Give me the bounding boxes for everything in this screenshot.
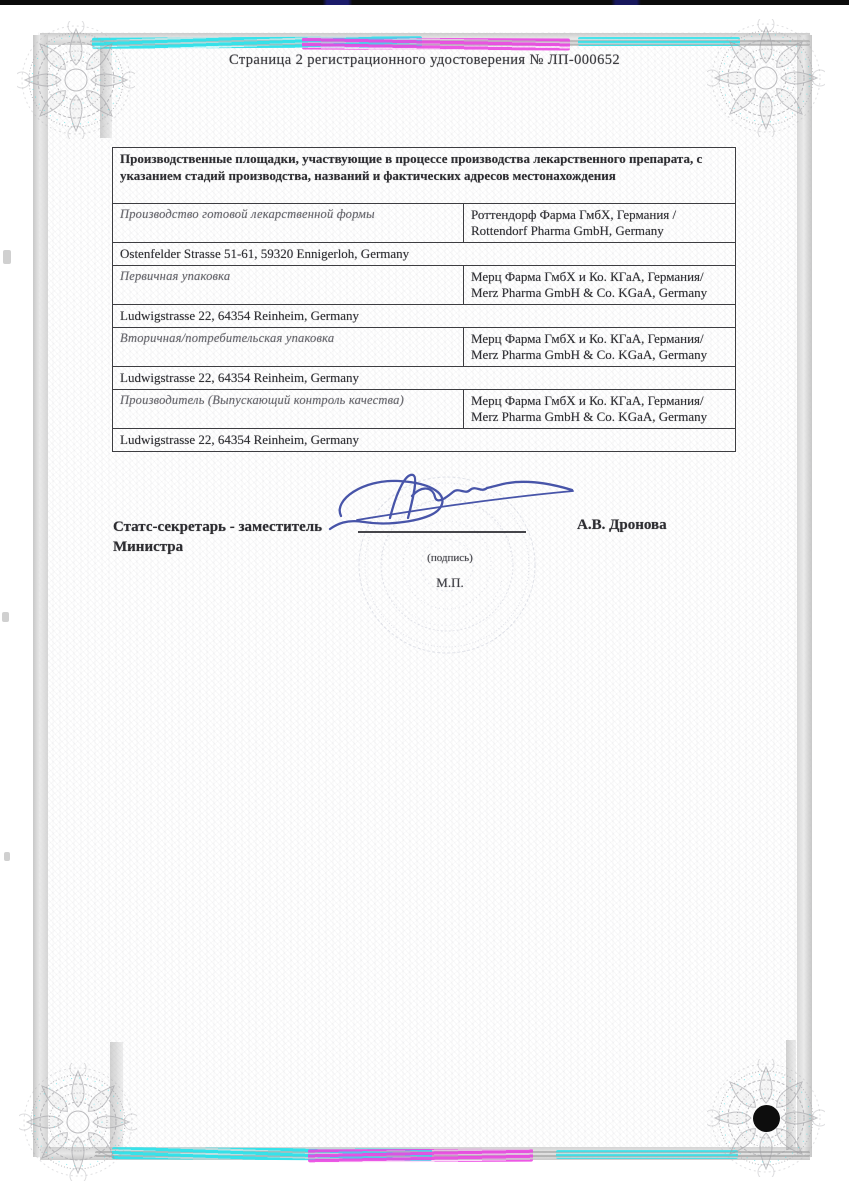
table-row: Первичная упаковка Мерц Фарма ГмбХ и Ко.… (113, 266, 736, 305)
company-cell: Мерц Фарма ГмбХ и Ко. КГаА, Германия/ Me… (464, 390, 736, 429)
table-title-row: Производственные площадки, участвующие в… (113, 148, 736, 204)
signer-name: А.В. Дронова (577, 517, 667, 534)
scan-streak-magenta-top (302, 38, 570, 51)
address-cell: Ludwigstrasse 22, 64354 Reinheim, German… (113, 367, 736, 390)
table-row: Ostenfelder Strasse 51-61, 59320 Enniger… (113, 243, 736, 266)
scan-artifact-top-bar (0, 0, 849, 5)
scan-speck (4, 852, 10, 861)
signer-title-line2: Министра (113, 537, 393, 557)
signature-caption: (подпись) (388, 552, 512, 564)
table-row: Ludwigstrasse 22, 64354 Reinheim, German… (113, 305, 736, 328)
guilloche-rosette-icon (19, 1063, 137, 1181)
frame-border-left (33, 35, 48, 1157)
guilloche-rosette-icon (707, 19, 825, 137)
address-cell: Ostenfelder Strasse 51-61, 59320 Enniger… (113, 243, 736, 266)
stage-cell: Производитель (Выпускающий контроль каче… (113, 390, 464, 429)
table-title: Производственные площадки, участвующие в… (113, 148, 736, 204)
scan-speck (2, 612, 9, 622)
page-title: Страница 2 регистрационного удостоверени… (0, 52, 849, 69)
guilloche-rosette-icon (17, 21, 135, 139)
stage-cell: Первичная упаковка (113, 266, 464, 305)
hole-punch-mark (753, 1105, 780, 1132)
table-row: Ludwigstrasse 22, 64354 Reinheim, German… (113, 367, 736, 390)
table-row: Вторичная/потребительская упаковка Мерц … (113, 328, 736, 367)
signer-title-line1: Статс-секретарь - заместитель (113, 517, 393, 537)
company-cell: Роттендорф Фарма ГмбХ, Германия / Rotten… (464, 204, 736, 243)
company-cell: Мерц Фарма ГмбХ и Ко. КГаА, Германия/ Me… (464, 266, 736, 305)
stage-cell: Производство готовой лекарственной формы (113, 204, 464, 243)
address-cell: Ludwigstrasse 22, 64354 Reinheim, German… (113, 305, 736, 328)
frame-border-right (797, 35, 812, 1157)
company-cell: Мерц Фарма ГмбХ и Ко. КГаА, Германия/ Me… (464, 328, 736, 367)
scan-streak-magenta-bottom (308, 1149, 533, 1163)
stage-cell: Вторичная/потребительская упаковка (113, 328, 464, 367)
table-row: Ludwigstrasse 22, 64354 Reinheim, German… (113, 429, 736, 452)
table-row: Производство готовой лекарственной формы… (113, 204, 736, 243)
table-row: Производитель (Выпускающий контроль каче… (113, 390, 736, 429)
seal-place-label: М.П. (388, 575, 512, 591)
production-sites-table: Производственные площадки, участвующие в… (112, 147, 736, 452)
signer-title: Статс-секретарь - заместитель Министра (113, 517, 393, 557)
scanned-certificate-page: Страница 2 регистрационного удостоверени… (0, 0, 849, 1200)
address-cell: Ludwigstrasse 22, 64354 Reinheim, German… (113, 429, 736, 452)
scan-speck (3, 250, 11, 264)
